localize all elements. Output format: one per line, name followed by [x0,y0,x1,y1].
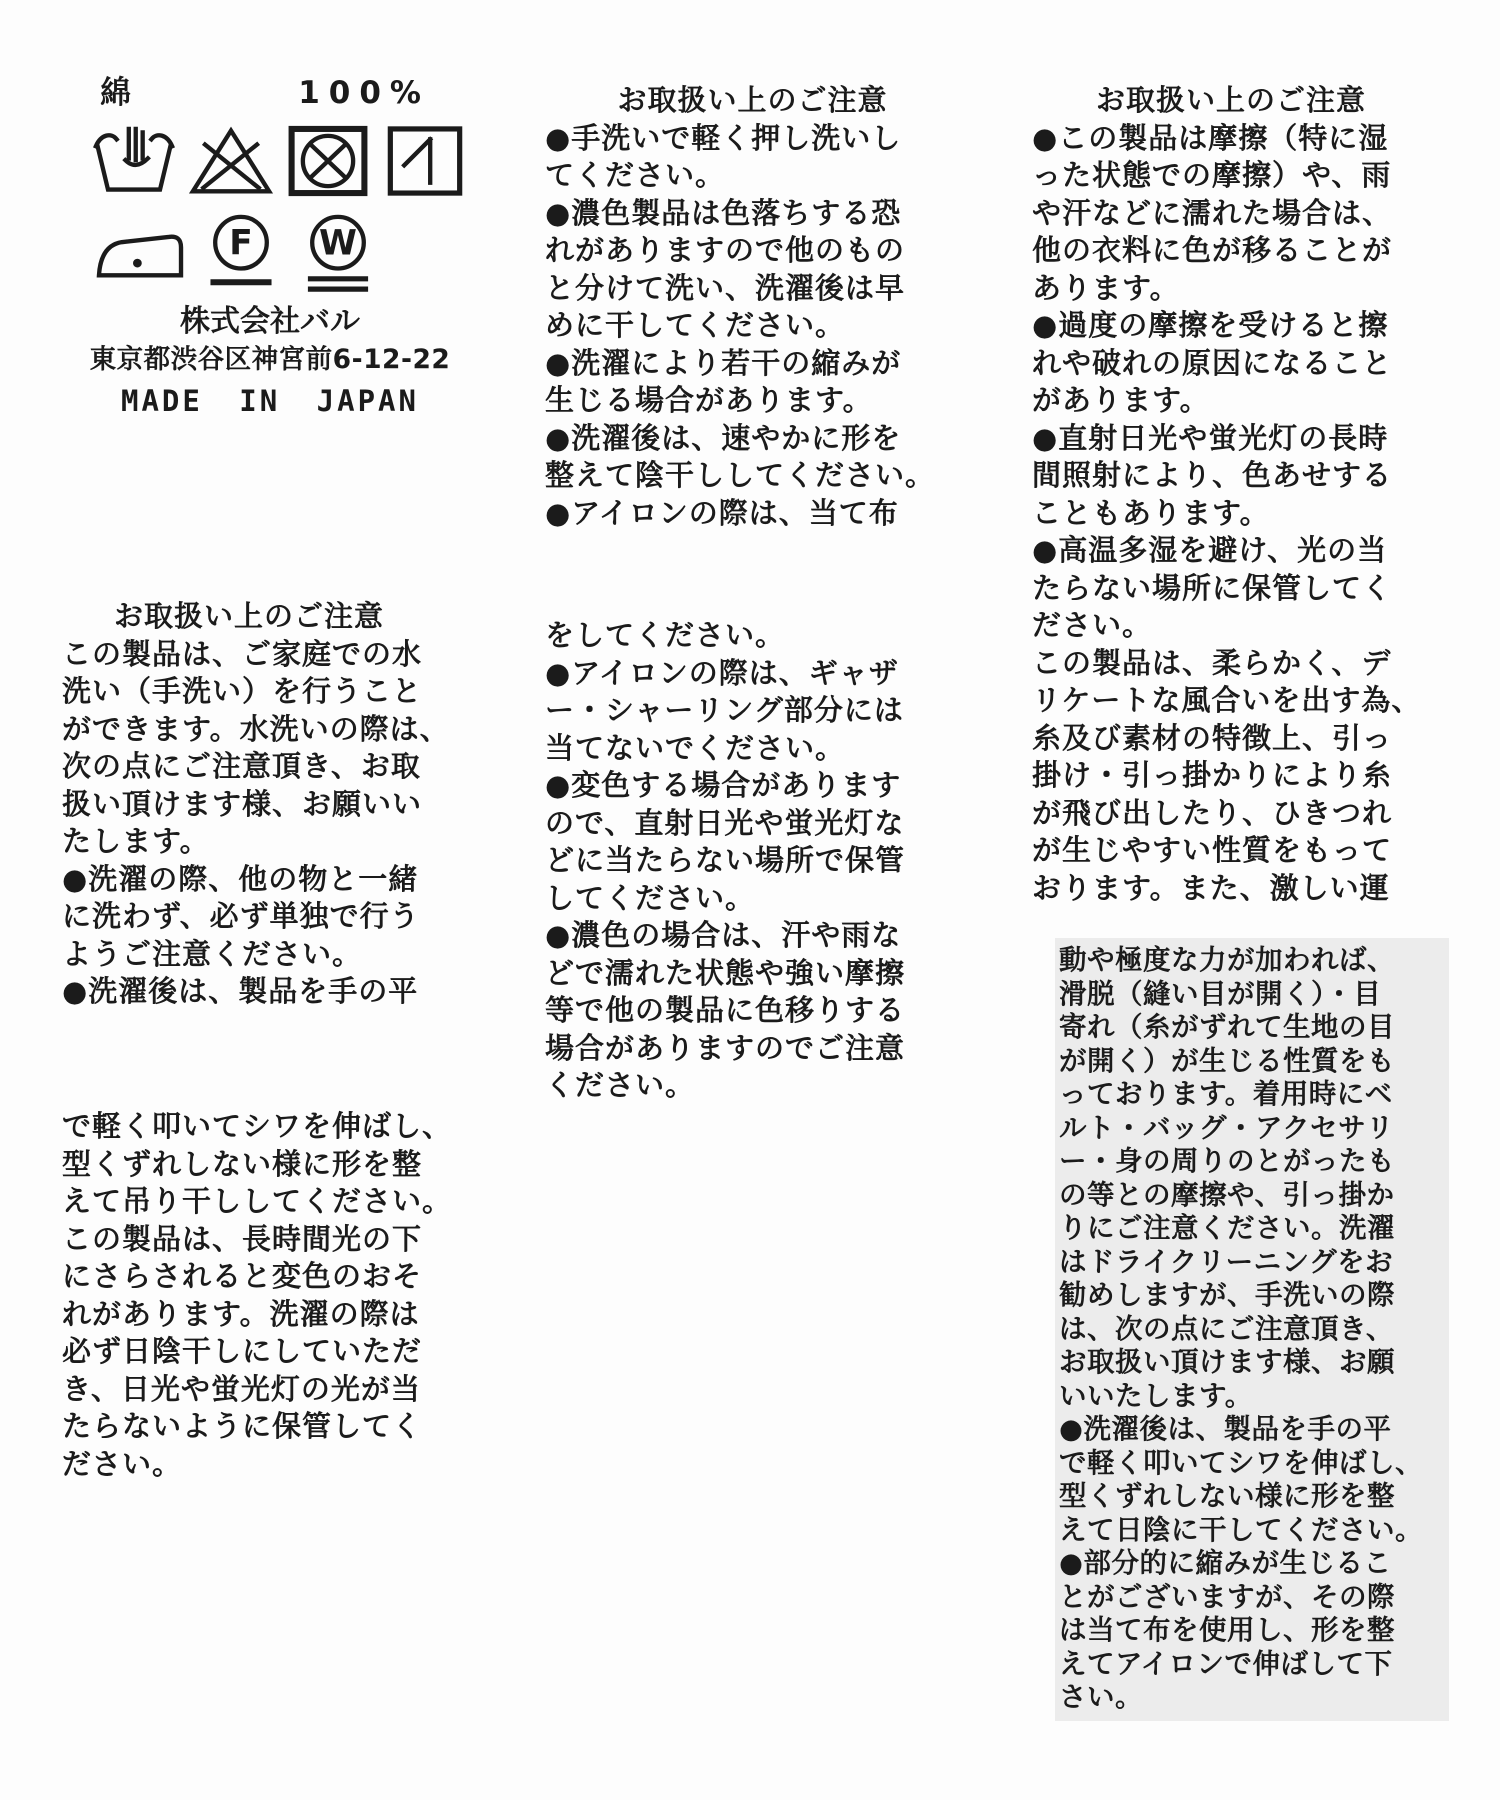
text-line: 次の点にご注意頂き、お取 [62,748,497,786]
text-line: 場合がありますのでご注意 [545,1030,960,1068]
care-text-block: ●この製品は摩擦（特に湿った状態での摩擦）や、雨や汗などに濡れた場合は、他の衣料… [1032,120,1430,908]
text-line: どに当たらない場所で保管 [545,842,960,880]
do-not-bleach-icon [187,122,275,200]
text-line: ●洗濯により若干の縮みが [545,345,960,383]
text-line: ようご注意ください。 [62,936,497,974]
text-line: えてアイロンで伸ばして下 [1059,1648,1445,1682]
text-line: ださい。 [1032,607,1430,645]
text-line: この製品は、柔らかく、デ [1032,645,1430,683]
text-line: さい。 [1059,1681,1445,1715]
left-care-section-continued: で軽く叩いてシワを伸ばし、型くずれしない様に形を整えて吊り干ししてください。この… [62,1108,502,1483]
text-line: ください。 [545,1067,960,1105]
material-percent: 100% [298,75,430,111]
text-line: めに干してください。 [545,307,960,345]
text-line: てください。 [545,157,960,195]
text-line: があります。 [1032,382,1430,420]
text-line: 洗い（手洗い）を行うこと [62,673,497,711]
text-line: ー・シャーリング部分には [545,692,960,730]
text-line: 等で他の製品に色移りする [545,992,960,1030]
material-name: 綿 [100,75,131,111]
text-line: れや破れの原因になること [1032,345,1430,383]
text-line: ●高温多湿を避け、光の当 [1032,532,1430,570]
text-line: 必ず日陰干しにしていただ [62,1333,502,1371]
svg-text:W: W [319,224,357,264]
text-line: おります。また、激しい運 [1032,870,1430,908]
text-line: 動や極度な力が加われば、 [1059,944,1445,978]
text-line: 寄れ（糸がずれて生地の目 [1059,1011,1445,1045]
text-line: ●アイロンの際は、ギャザ [545,655,960,693]
text-line: えて吊り干ししてください。 [62,1183,502,1221]
text-line: 整えて陰干ししてください。 [545,457,960,495]
text-line: 扱い頂けます様、お願いい [62,786,497,824]
care-section-heading: お取扱い上のご注意 [1032,82,1430,120]
text-line: で軽く叩いてシワを伸ばし、 [1059,1447,1445,1481]
text-line: をしてください。 [545,617,960,655]
text-line: や汗などに濡れた場合は、 [1032,195,1430,233]
right-care-section-continued: 動や極度な力が加われば、滑脱（縫い目が開く）・目寄れ（糸がずれて生地の目が開く）… [1055,938,1449,1721]
care-symbols-row-2: F W [92,210,382,296]
text-line: たします。 [62,823,497,861]
text-line: ●濃色製品は色落ちする恐 [545,195,960,233]
text-line: にさらされると変色のおそ [62,1258,502,1296]
care-text-block: この製品は、ご家庭での水洗い（手洗い）を行うことができます。水洗いの際は、次の点… [62,636,497,1011]
text-line: 他の衣料に色が移ることが [1032,232,1430,270]
text-line: ●洗濯後は、製品を手の平 [62,973,497,1011]
svg-text:F: F [229,224,253,264]
text-line: ●洗濯後は、製品を手の平 [1059,1413,1445,1447]
text-line: ●濃色の場合は、汗や雨な [545,917,960,955]
text-line: ●手洗いで軽く押し洗いし [545,120,960,158]
text-line: れがありますので他のもの [545,232,960,270]
dry-clean-f-icon: F [197,210,285,296]
hang-dry-in-shade-icon [381,122,469,200]
text-line: 糸及び素材の特徴上、引っ [1032,720,1430,758]
do-not-tumble-dry-icon [284,122,372,200]
text-line: こともあります。 [1032,495,1430,533]
text-line: き、日光や蛍光灯の光が当 [62,1371,502,1409]
text-line: 当てないでください。 [545,730,960,768]
right-care-section: お取扱い上のご注意 ●この製品は摩擦（特に湿った状態での摩擦）や、雨や汗などに濡… [1032,82,1430,907]
care-symbols-row-1 [90,122,469,200]
text-line: ができます。水洗いの際は、 [62,711,497,749]
text-line: れがあります。洗濯の際は [62,1296,502,1334]
text-line: ので、直射日光や蛍光灯な [545,805,960,843]
text-line: たらないように保管してく [62,1408,502,1446]
hand-wash-icon [90,122,178,200]
text-line: に洗わず、必ず単独で行う [62,898,497,936]
text-line: この製品は、長時間光の下 [62,1221,502,1259]
text-line: あります。 [1032,270,1430,308]
text-line: りにご注意ください。洗濯 [1059,1212,1445,1246]
text-line: っております。着用時にベ [1059,1078,1445,1112]
text-line: 生じる場合があります。 [545,382,960,420]
wet-clean-w-icon: W [294,210,382,296]
left-care-section: お取扱い上のご注意 この製品は、ご家庭での水洗い（手洗い）を行うことができます。… [62,598,497,1011]
text-line: どで濡れた状態や強い摩擦 [545,955,960,993]
text-line: リケートな風合いを出す為、 [1032,682,1430,720]
text-line: ●アイロンの際は、当て布 [545,495,960,533]
text-line: ださい。 [62,1446,502,1484]
text-line: してください。 [545,880,960,918]
text-line: 型くずれしない様に形を整 [1059,1480,1445,1514]
text-line: ●洗濯の際、他の物と一緒 [62,861,497,899]
middle-care-section: お取扱い上のご注意 ●手洗いで軽く押し洗いしてください。●濃色製品は色落ちする恐… [545,82,960,532]
text-line: ●洗濯後は、速やかに形を [545,420,960,458]
text-line: が飛び出したり、ひきつれ [1032,795,1430,833]
text-line: ●直射日光や蛍光灯の長時 [1032,420,1430,458]
care-section-heading: お取扱い上のご注意 [62,598,497,636]
text-line: 間照射により、色あせする [1032,457,1430,495]
company-name: 株式会社バル [60,303,480,340]
care-section-heading: お取扱い上のご注意 [545,82,960,120]
text-line: は、次の点にご注意頂き、 [1059,1313,1445,1347]
text-line: この製品は、ご家庭での水 [62,636,497,674]
text-line: が開く）が生じる性質をも [1059,1045,1445,1079]
text-line: ●変色する場合があります [545,767,960,805]
country-of-origin: MADE IN JAPAN [60,383,480,420]
text-line: お取扱い頂けます様、お願 [1059,1346,1445,1380]
text-line: 滑脱（縫い目が開く）・目 [1059,978,1445,1012]
text-line: と分けて洗い、洗濯後は早 [545,270,960,308]
text-line: は当て布を使用し、形を整 [1059,1614,1445,1648]
text-line: 勧めしますが、手洗いの際 [1059,1279,1445,1313]
fiber-composition: 綿 100% [100,75,430,111]
text-line: いいたします。 [1059,1380,1445,1414]
text-line: たらない場所に保管してく [1032,570,1430,608]
text-line: えて日陰に干してください。 [1059,1514,1445,1548]
text-line: とがございますが、その際 [1059,1581,1445,1615]
text-line: ルト・バッグ・アクセサリ [1059,1112,1445,1146]
text-line: ー・身の周りのとがったも [1059,1145,1445,1179]
middle-care-section-continued: をしてください。●アイロンの際は、ギャザー・シャーリング部分には当てないでくださ… [545,617,960,1105]
text-line: の等との摩擦や、引っ掛か [1059,1179,1445,1213]
text-line: はドライクリーニングをお [1059,1246,1445,1280]
company-address: 東京都渋谷区神宮前6-12-22 [46,341,494,378]
text-line: った状態での摩擦）や、雨 [1032,157,1430,195]
care-text-block: ●手洗いで軽く押し洗いしてください。●濃色製品は色落ちする恐れがありますので他の… [545,120,960,533]
care-label-scan: 綿 100% F [0,0,1500,1800]
text-line: 掛け・引っ掛かりにより糸 [1032,757,1430,795]
text-line: ●部分的に縮みが生じるこ [1059,1547,1445,1581]
text-line: 型くずれしない様に形を整 [62,1146,502,1184]
text-line: が生じやすい性質をもって [1032,832,1430,870]
text-line: ●この製品は摩擦（特に湿 [1032,120,1430,158]
iron-low-heat-icon [92,210,188,290]
text-line: ●過度の摩擦を受けると擦 [1032,307,1430,345]
text-line: で軽く叩いてシワを伸ばし、 [62,1108,502,1146]
